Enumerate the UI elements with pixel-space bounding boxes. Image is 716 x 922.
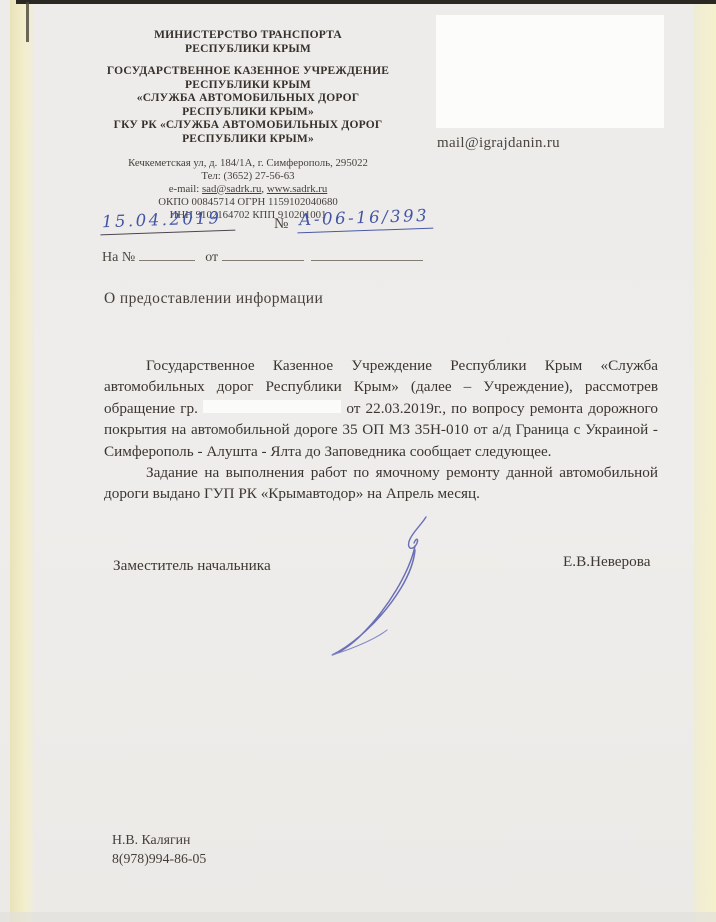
okpo-ogrn-line: ОКПО 00845714 ОГРН 1159102040680: [78, 196, 418, 209]
organization-line: «СЛУЖБА АВТОМОБИЛЬНЫХ ДОРОГ: [78, 92, 418, 106]
organization-line: РЕСПУБЛИКИ КРЫМ»: [78, 133, 418, 147]
scanned-letter-page: МИНИСТЕРСТВО ТРАНСПОРТА РЕСПУБЛИКИ КРЫМ …: [0, 0, 716, 922]
address-line: Кечкеметская ул, д. 184/1А, г. Симферопо…: [78, 157, 418, 170]
website-link: www.sadrk.ru: [267, 183, 327, 195]
number-sign: №: [274, 216, 288, 233]
ministry-line: РЕСПУБЛИКИ КРЫМ: [78, 42, 418, 56]
body-paragraph-2: Задание на выполнения работ по ямочному …: [104, 462, 658, 505]
scan-edge-top: [16, 0, 716, 4]
organization-line: РЕСПУБЛИКИ КРЫМ: [78, 79, 418, 93]
redacted-citizen-name: [203, 400, 341, 413]
scan-edge-left: [10, 0, 34, 922]
signer-title: Заместитель начальника: [113, 557, 271, 575]
executor-name: Н.В. Калягин: [112, 831, 206, 850]
document-date-handwritten: 15.04.2019: [100, 208, 236, 236]
reply-ot-label: от: [205, 250, 218, 265]
signature-ink: [325, 512, 440, 657]
ministry-line: МИНИСТЕРСТВО ТРАНСПОРТА: [78, 28, 418, 42]
phone-line: Тел: (3652) 27-56-63: [78, 170, 418, 183]
reply-reference-row: На № от: [102, 247, 462, 266]
executor-phone: 8(978)994-86-05: [112, 850, 206, 869]
organization-line: ГОСУДАРСТВЕННОЕ КАЗЕННОЕ УЧРЕЖДЕНИЕ: [78, 65, 418, 79]
signer-name: Е.В.Неверова: [563, 553, 650, 571]
reply-date-blank: [222, 247, 304, 261]
subject-line: О предоставлении информации: [104, 290, 323, 308]
organization-line: ГКУ РК «СЛУЖБА АВТОМОБИЛЬНЫХ ДОРОГ: [78, 119, 418, 133]
scan-edge-right: [694, 0, 716, 922]
email-label: e-mail:: [169, 183, 202, 195]
letter-body: Государственное Казенное Учреждение Респ…: [104, 355, 658, 505]
organization-line: РЕСПУБЛИКИ КРЫМ»: [78, 106, 418, 120]
scan-edge-bottom: [0, 912, 716, 922]
letterhead: МИНИСТЕРСТВО ТРАНСПОРТА РЕСПУБЛИКИ КРЫМ …: [78, 28, 418, 222]
reply-na-label: На №: [102, 250, 135, 265]
email-link: sad@sadrk.ru: [202, 183, 261, 195]
reply-extra-blank: [311, 247, 423, 261]
scan-edge-corner-line: [26, 2, 29, 42]
reply-number-blank: [139, 247, 195, 261]
body-paragraph-1: Государственное Казенное Учреждение Респ…: [104, 355, 658, 462]
executor-block: Н.В. Калягин 8(978)994-86-05: [112, 831, 206, 868]
organization-name: ГОСУДАРСТВЕННОЕ КАЗЕННОЕ УЧРЕЖДЕНИЕ РЕСП…: [78, 65, 418, 147]
redaction-box-top-right: [436, 15, 664, 128]
recipient-email: mail@igrajdanin.ru: [437, 135, 560, 152]
document-number-handwritten: А-06-16/393: [297, 206, 434, 234]
email-line: e-mail: sad@sadrk.ru, www.sadrk.ru: [78, 183, 418, 196]
ministry-name: МИНИСТЕРСТВО ТРАНСПОРТА РЕСПУБЛИКИ КРЫМ: [78, 28, 418, 56]
